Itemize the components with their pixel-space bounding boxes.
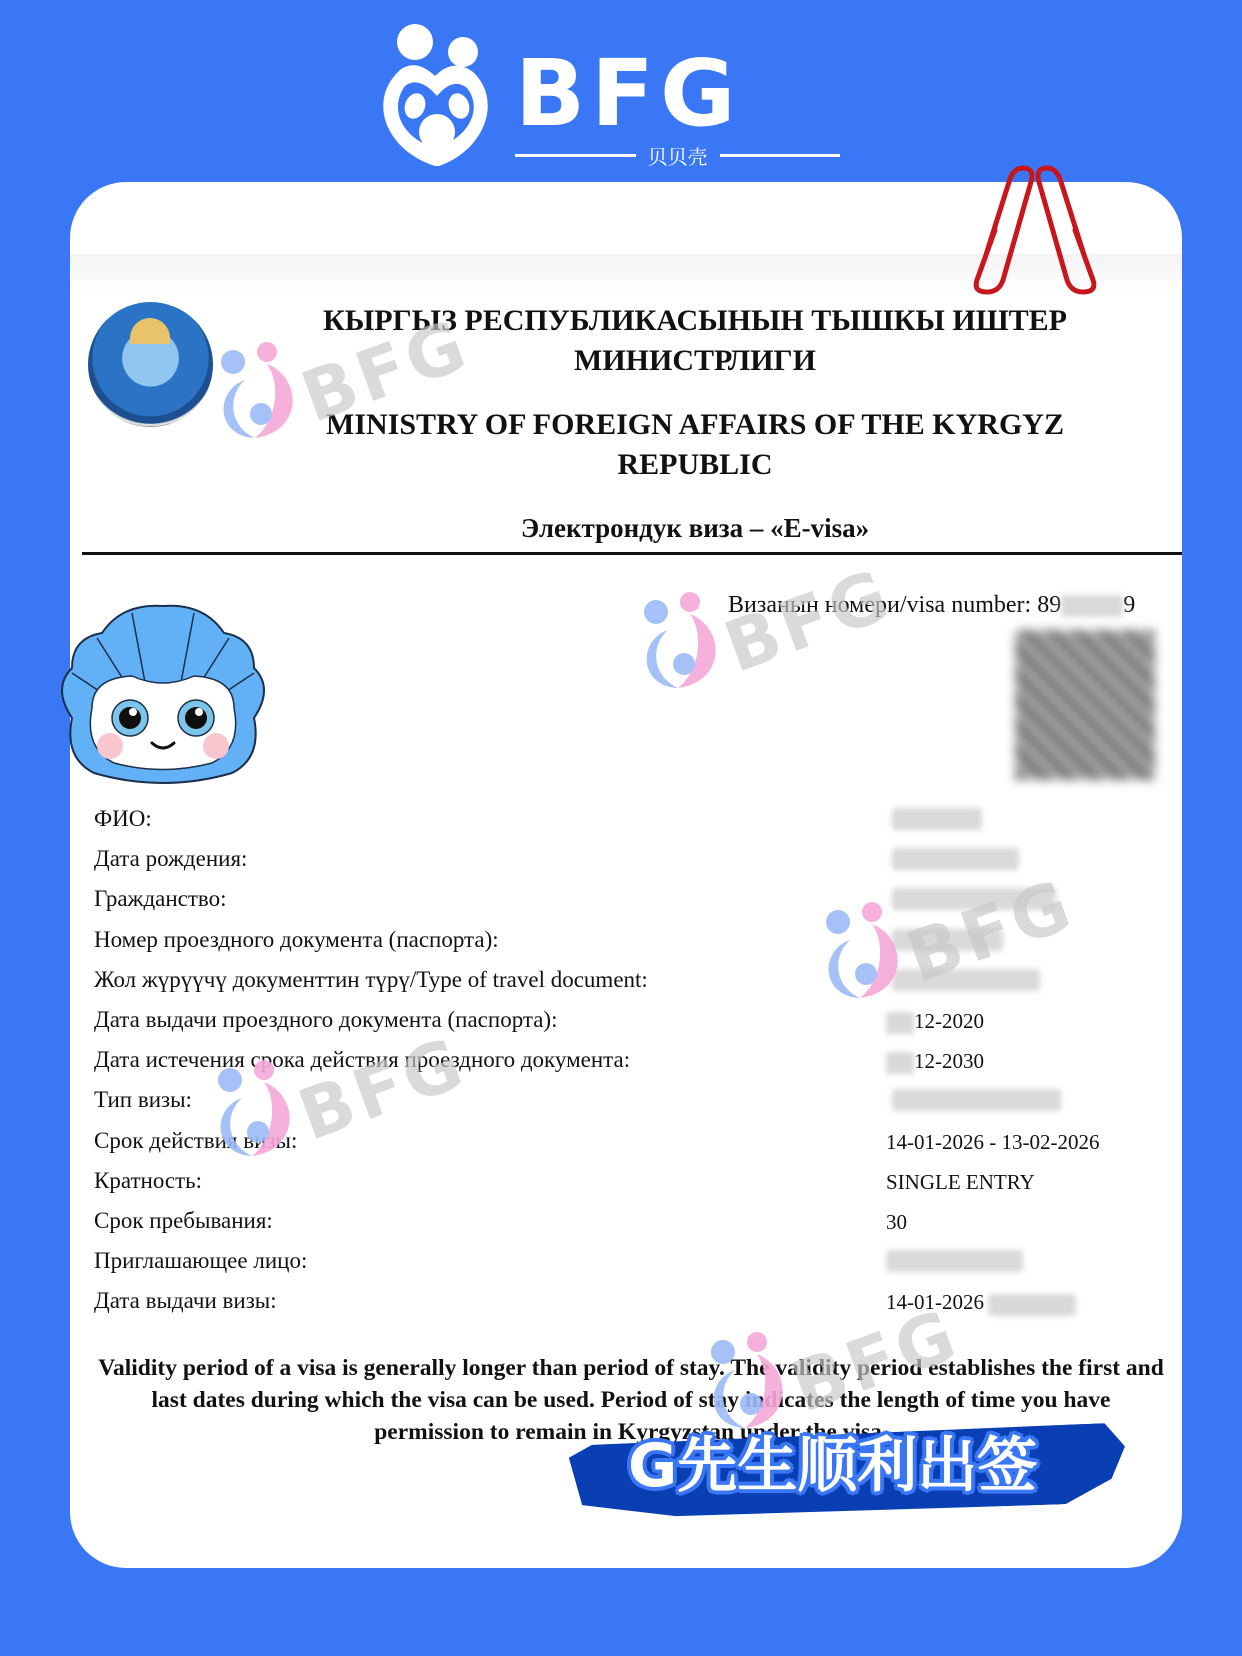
bfg-watermark-logo-icon — [820, 900, 915, 1000]
field-label: Тип визы: — [94, 1087, 192, 1113]
redacted-value — [892, 1089, 1061, 1111]
qr-code-redacted — [1015, 630, 1155, 780]
field-value: 14-01-2026 - 13-02-2026 — [886, 1130, 1099, 1155]
bfg-family-logo-icon — [375, 20, 505, 170]
divider — [515, 154, 636, 157]
visa-number-prefix: 89 — [1037, 592, 1061, 618]
document-type: Электрондук виза – «E-visa» — [290, 512, 1100, 546]
field-label: Приглашающее лицо: — [94, 1248, 307, 1274]
field-label: Дата выдачи визы: — [94, 1288, 277, 1314]
ministry-title-en-line2: REPUBLIC — [290, 446, 1100, 484]
redacted-value — [892, 808, 982, 830]
bfg-watermark-logo-icon — [212, 1058, 307, 1158]
divider — [720, 154, 841, 157]
field-value-text: 12-2030 — [914, 1049, 984, 1073]
bfg-watermark-logo-icon — [638, 590, 733, 690]
paperclip-icon — [965, 162, 1105, 297]
field-value: 30 — [886, 1210, 907, 1235]
redacted-value — [892, 848, 1019, 870]
visa-number-suffix: 9 — [1123, 592, 1135, 618]
brand-name: BFG — [515, 48, 741, 140]
bfg-watermark-logo-icon — [215, 340, 310, 440]
field-value — [886, 808, 982, 836]
field-label: Срок пребывания: — [94, 1208, 273, 1234]
visa-number-redacted — [1061, 595, 1123, 617]
field-label: Дата выдачи проездного документа (паспор… — [94, 1007, 557, 1033]
redacted-value — [886, 1250, 1023, 1272]
field-label: Кратность: — [94, 1168, 202, 1194]
header-rule — [82, 552, 1182, 555]
redacted-value — [988, 1294, 1076, 1316]
field-label: Номер проездного документа (паспорта): — [94, 927, 499, 953]
field-value: 12-2020 — [886, 1009, 984, 1034]
redacted-value — [886, 1012, 914, 1034]
field-value: 12-2030 — [886, 1049, 984, 1074]
field-value — [886, 848, 1019, 876]
field-value: SINGLE ENTRY — [886, 1170, 1035, 1195]
brand-subtitle: 贝贝壳 — [648, 141, 708, 170]
shell-mascot-icon — [52, 598, 274, 788]
field-value — [886, 1089, 1061, 1117]
brand-subtitle-row: 贝贝壳 — [515, 142, 840, 168]
caption-text: G先生顺利出签 — [628, 1418, 1037, 1504]
field-label: Дата рождения: — [94, 846, 247, 872]
field-label: Жол жүрүүчү документтин түрү/Type of tra… — [94, 967, 648, 993]
ministry-title-en-line1: MINISTRY OF FOREIGN AFFAIRS OF THE KYRGY… — [290, 406, 1100, 444]
field-label: Гражданство: — [94, 886, 227, 912]
ministry-title-en: MINISTRY OF FOREIGN AFFAIRS OF THE KYRGY… — [290, 406, 1100, 483]
field-value-text: 12-2020 — [914, 1009, 984, 1033]
brand-logo: BFG 贝贝壳 — [375, 20, 840, 170]
field-value — [886, 1250, 1023, 1278]
field-label: ФИО: — [94, 806, 152, 832]
redacted-value — [886, 1052, 914, 1074]
bfg-watermark-logo-icon — [705, 1330, 800, 1430]
